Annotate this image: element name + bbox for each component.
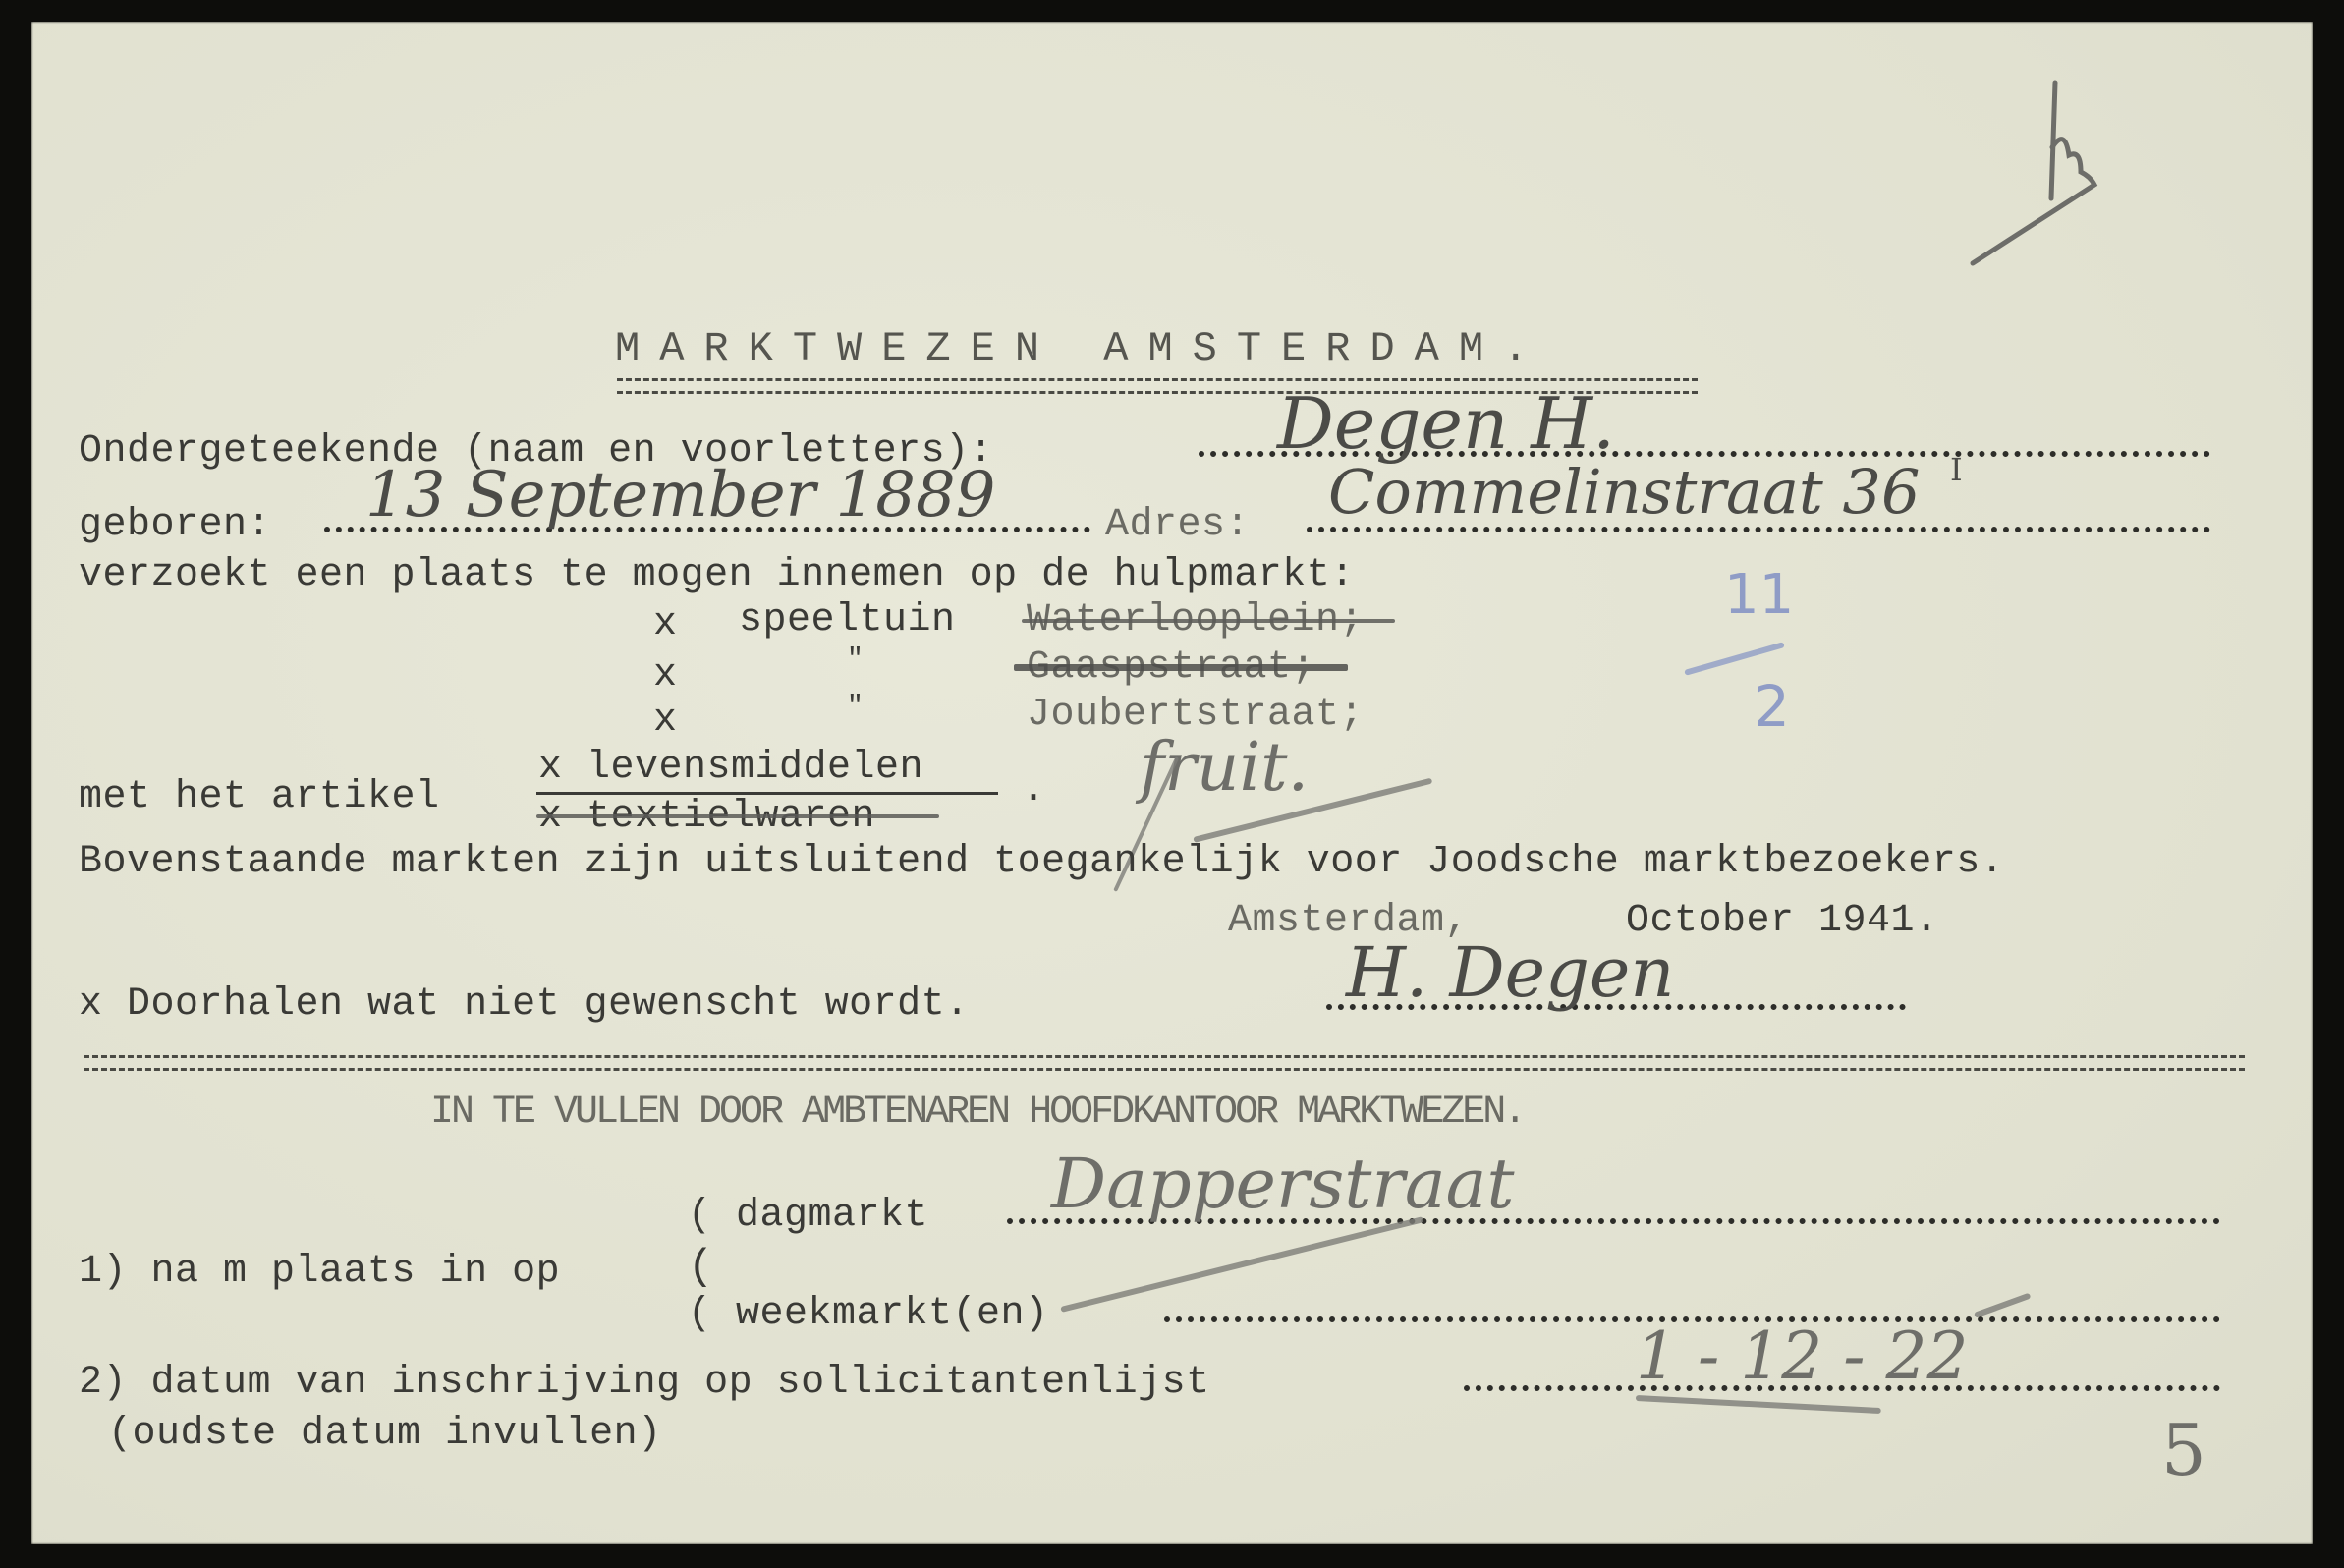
- fraction-denominator: 2: [1754, 678, 1790, 735]
- item1-label: 1) na m plaats in op: [79, 1253, 560, 1292]
- request-intro: verzoekt een plaats te mogen innemen op …: [79, 556, 1355, 595]
- born-value[interactable]: 13 September 1889: [365, 464, 995, 527]
- address-value[interactable]: Commelinstraat 36: [1328, 462, 1920, 523]
- strikethrough-waterlooplein: [1022, 619, 1395, 623]
- fraction-numerator: 11: [1724, 568, 1794, 623]
- dagmarkt-label: ( dagmarkt: [688, 1197, 928, 1236]
- official-section-heading: IN TE VULLEN DOOR AMBTENAREN HOOFDKANTOO…: [430, 1093, 1524, 1133]
- market-prefix-3: ": [847, 694, 864, 721]
- item1-brace: (: [688, 1246, 713, 1289]
- market-marker-3: x: [653, 701, 678, 741]
- strikethrough-textielwaren: [536, 814, 939, 818]
- market-marker-1: x: [653, 605, 678, 644]
- market-prefix-2: ": [847, 646, 864, 674]
- strikethrough-gaaspstraat: [1014, 664, 1348, 671]
- article-option-levensmiddelen: x levensmiddelen: [538, 749, 923, 788]
- weekmarkt-label: ( weekmarkt(en): [688, 1295, 1049, 1334]
- document-title: MARKTWEZEN AMSTERDAM.: [615, 328, 1547, 369]
- dagmarkt-value[interactable]: Dapperstraat: [1051, 1149, 1514, 1218]
- notice-text: Bovenstaande markten zijn uitsluitend to…: [79, 843, 2004, 882]
- item2-sublabel: (oudste datum invullen): [108, 1415, 662, 1454]
- item2-label: 2) datum van inschrijving op sollicitant…: [79, 1364, 1210, 1403]
- address-label: Adres:: [1105, 506, 1250, 545]
- registration-date-value[interactable]: 1 - 12 - 22: [1636, 1324, 1968, 1389]
- signature-value[interactable]: H. Degen: [1346, 938, 1674, 1007]
- section-divider: [84, 1055, 2245, 1071]
- born-label: geboren:: [79, 506, 271, 545]
- article-handwritten-note: fruit.: [1140, 735, 1309, 802]
- address-floor-suffix: I: [1950, 454, 1963, 485]
- page-number: 5: [2161, 1415, 2206, 1485]
- article-label: met het artikel: [79, 778, 440, 817]
- applicant-name-value[interactable]: Degen H.: [1277, 388, 1615, 459]
- market-marker-2: x: [653, 656, 678, 696]
- article-period: .: [1022, 771, 1046, 811]
- corner-pencil-mark-icon: [1955, 79, 2112, 275]
- market-prefix-1: speeltuin: [739, 601, 956, 641]
- footnote-text: x Doorhalen wat niet gewenscht wordt.: [79, 985, 970, 1025]
